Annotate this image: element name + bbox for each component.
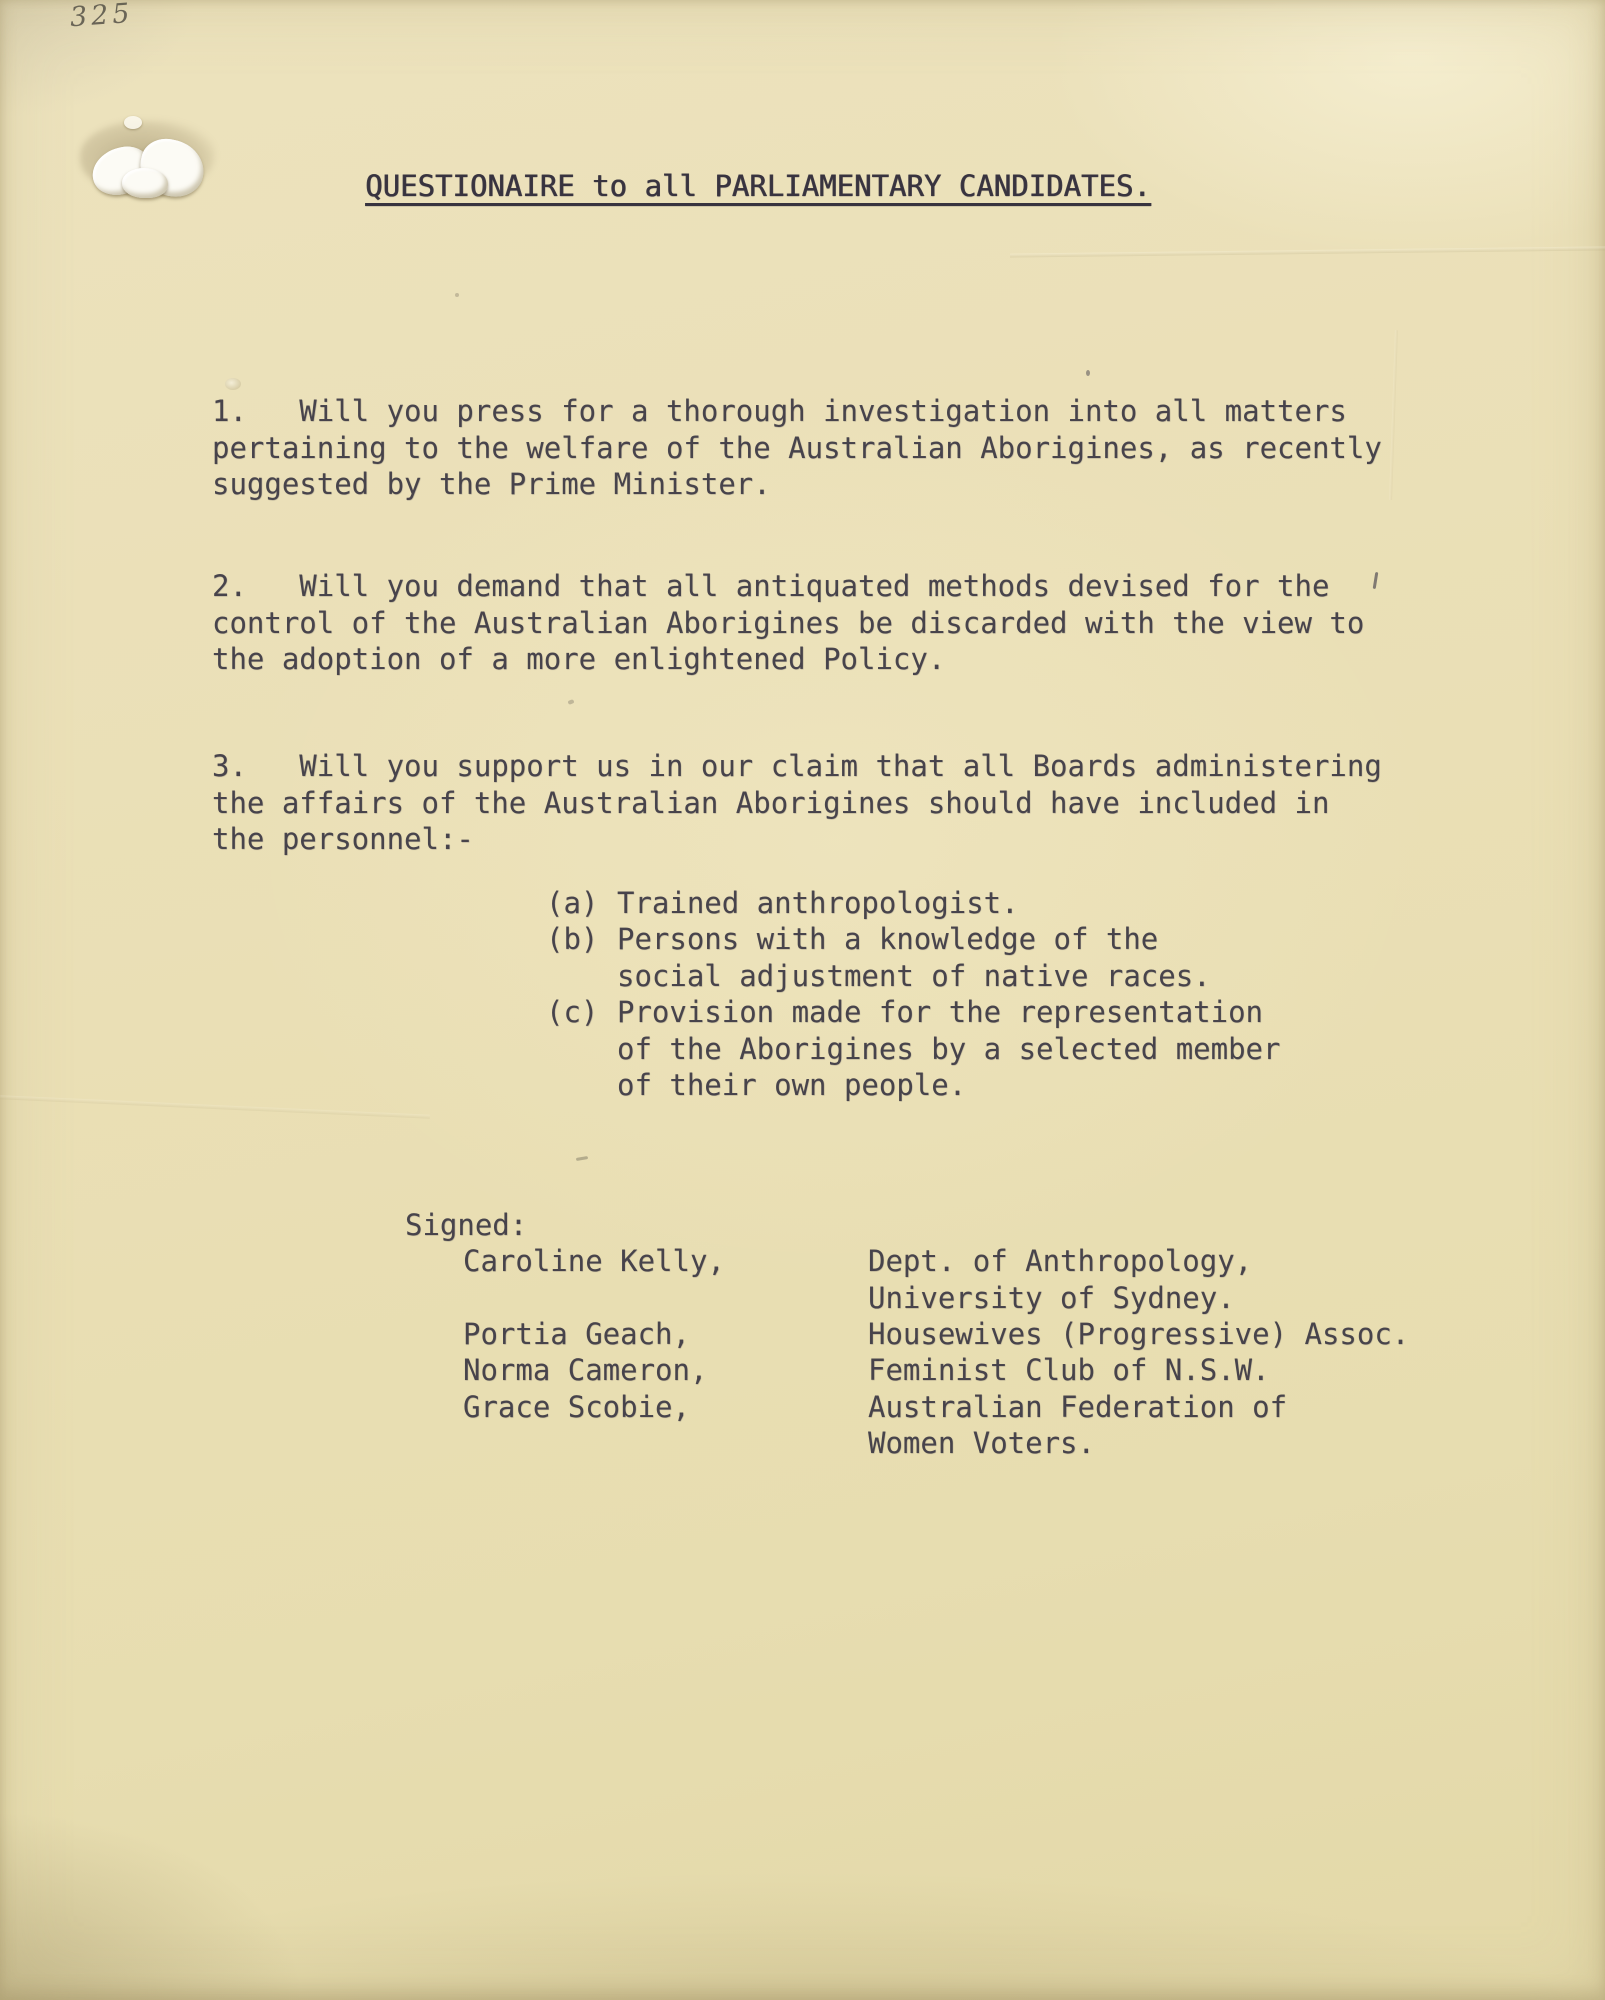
signatory-row: Grace Scobie, Australian Federation of xyxy=(0,1389,1605,1426)
sub-item-a-label: (a) xyxy=(546,885,598,922)
document-title: QUESTIONAIRE to all PARLIAMENTARY CANDID… xyxy=(365,168,1151,205)
stray-ink-mark xyxy=(1373,572,1379,589)
sub-item-b-text: Persons with a knowledge of the social a… xyxy=(617,921,1211,994)
paper-speck xyxy=(455,293,459,297)
signatory-affiliation: Feminist Club of N.S.W. xyxy=(868,1352,1270,1389)
paper-chip-spot xyxy=(124,116,142,129)
paper-speck xyxy=(576,1156,588,1161)
signatory-row: Women Voters. xyxy=(0,1425,1605,1462)
signatory-row: Norma Cameron, Feminist Club of N.S.W. xyxy=(0,1352,1605,1389)
paper-crease xyxy=(1389,330,1398,500)
paper-tear-white-spot xyxy=(122,168,168,198)
signatory-name: Norma Cameron, xyxy=(463,1352,707,1389)
paper-crease xyxy=(1010,246,1605,257)
signatory-affiliation: University of Sydney. xyxy=(868,1280,1235,1317)
paper-speck xyxy=(1086,370,1090,376)
paper-crease xyxy=(0,1095,430,1119)
signed-label: Signed: xyxy=(405,1207,527,1244)
signatory-row: University of Sydney. xyxy=(0,1280,1605,1317)
question-2: 2. Will you demand that all antiquated m… xyxy=(212,568,1364,678)
sub-item-c-text: Provision made for the representation of… xyxy=(617,994,1280,1104)
sub-item-c-label: (c) xyxy=(546,994,598,1031)
signatory-affiliation: Housewives (Progressive) Assoc. xyxy=(868,1316,1409,1353)
handwritten-page-number: 325 xyxy=(69,0,135,33)
paper-speck xyxy=(567,699,574,705)
signatory-name: Caroline Kelly, xyxy=(463,1243,725,1280)
question-1: 1. Will you press for a thorough investi… xyxy=(212,393,1382,503)
signatory-affiliation: Australian Federation of xyxy=(868,1389,1287,1426)
paper-dent xyxy=(225,378,241,390)
signatory-affiliation: Dept. of Anthropology, xyxy=(868,1243,1252,1280)
signatory-row: Portia Geach, Housewives (Progressive) A… xyxy=(0,1316,1605,1353)
signatory-name: Portia Geach, xyxy=(463,1316,690,1353)
signatory-name: Grace Scobie, xyxy=(463,1389,690,1426)
signatory-row: Caroline Kelly, Dept. of Anthropology, xyxy=(0,1243,1605,1280)
paper-tear-damage xyxy=(80,100,230,210)
signatory-affiliation: Women Voters. xyxy=(868,1425,1095,1462)
sub-item-a-text: Trained anthropologist. xyxy=(617,885,1019,922)
scanned-document-page: 325 QUESTIONAIRE to all PARLIAMENTARY CA… xyxy=(0,0,1605,2000)
sub-item-b-label: (b) xyxy=(546,921,598,958)
question-3: 3. Will you support us in our claim that… xyxy=(212,748,1382,858)
